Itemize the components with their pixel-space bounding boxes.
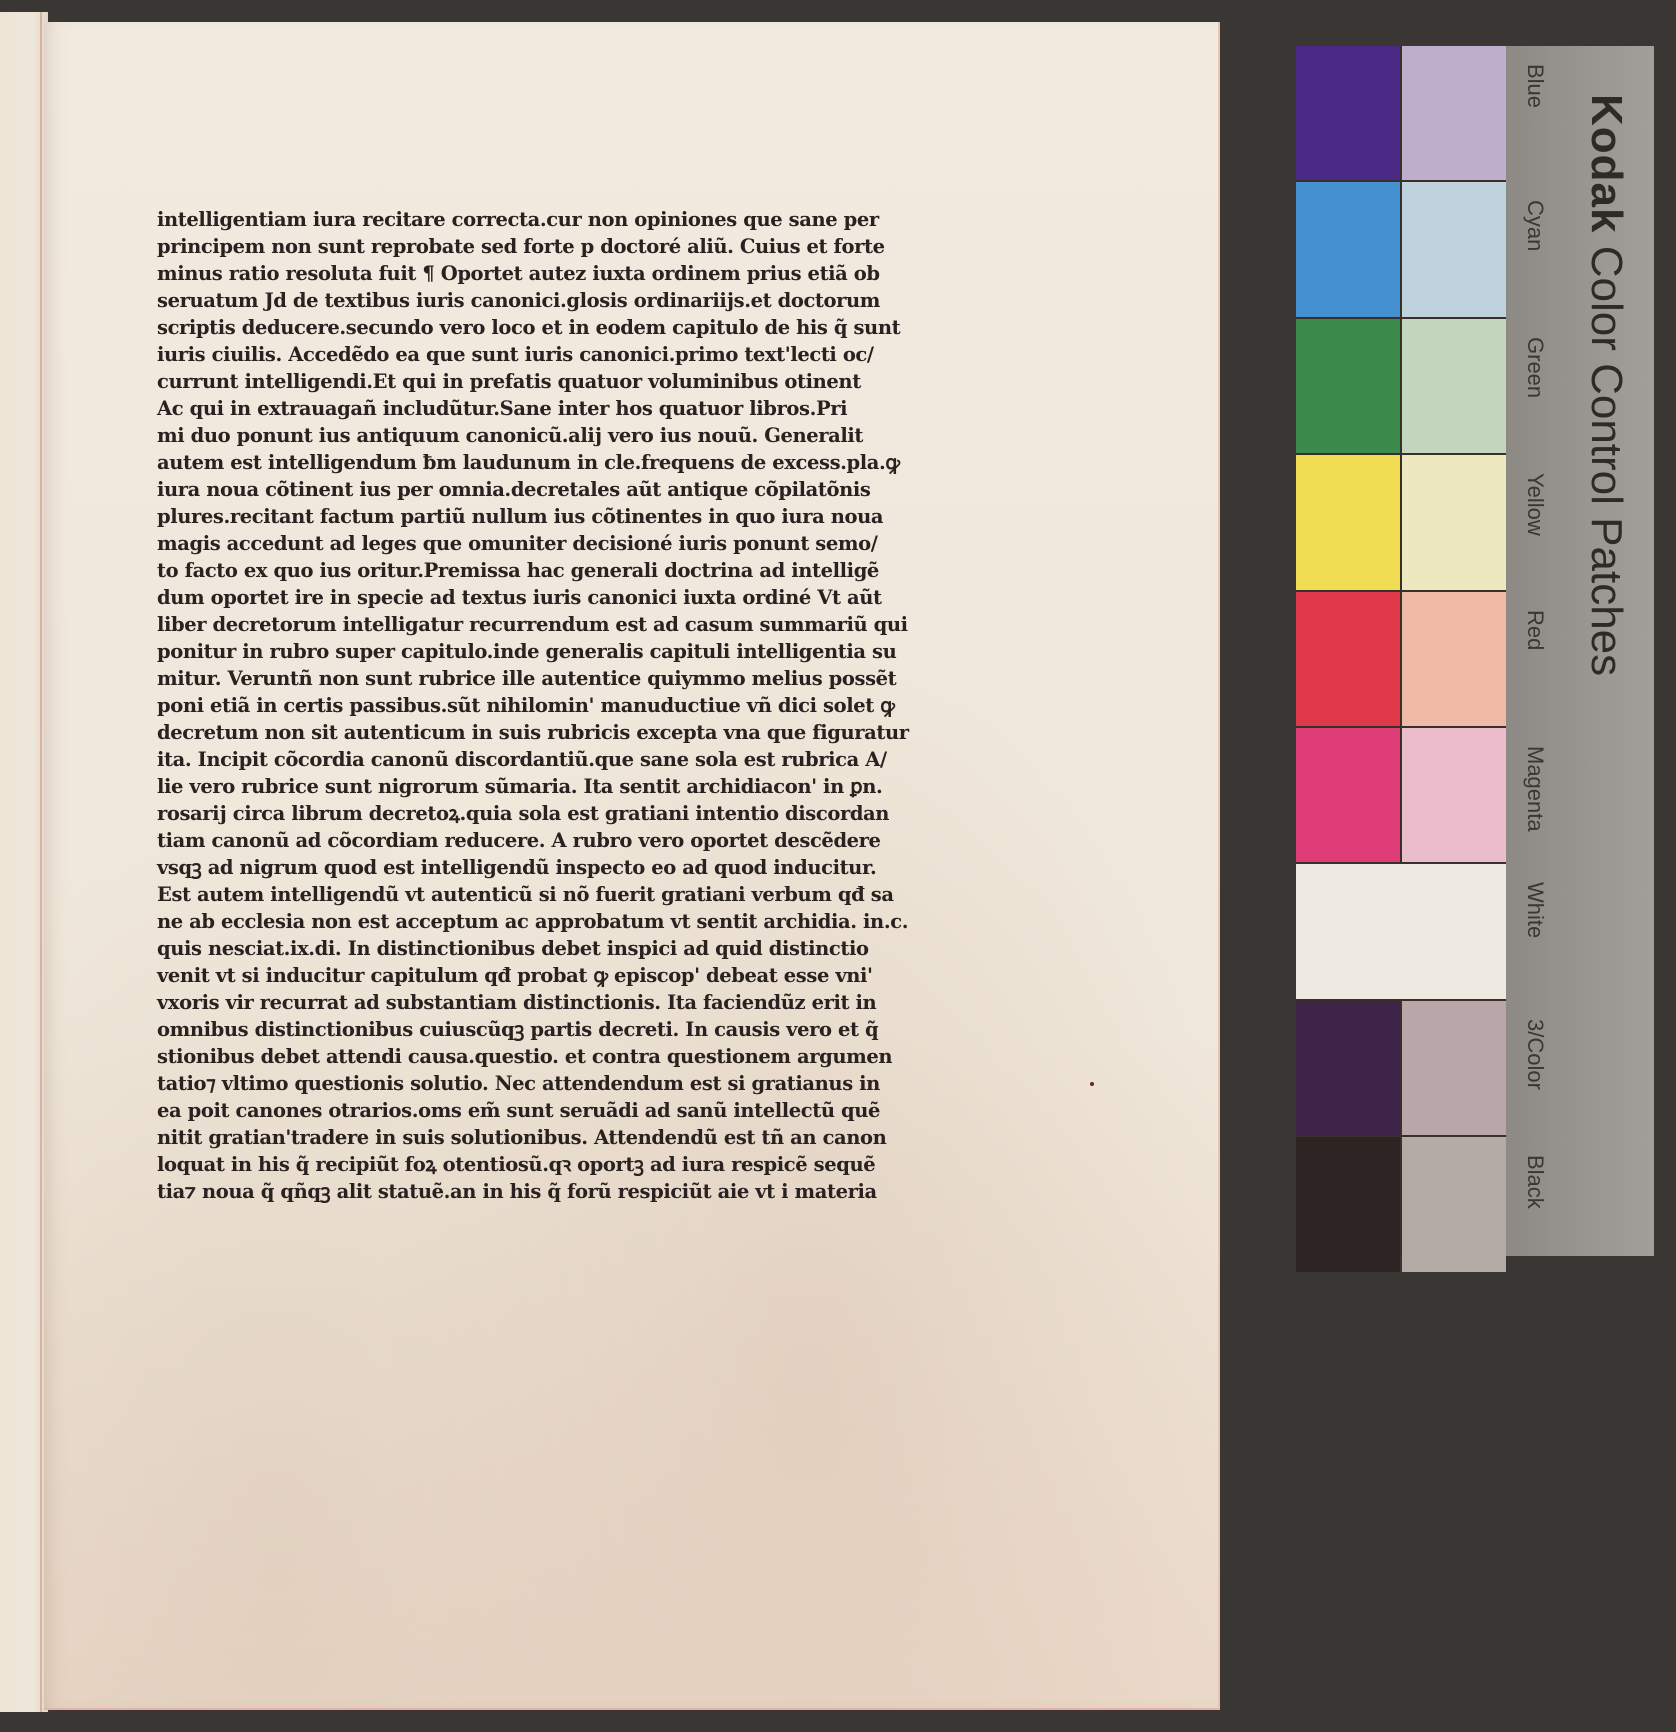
text-line: magis accedunt ad leges que omuniter dec…	[157, 530, 907, 557]
text-line: tia⁊ noua q̃ qñqꝫ alit statuẽ.an in his …	[157, 1178, 907, 1205]
text-line: tiam canonũ ad cõcordiam reducere. A rub…	[157, 827, 907, 854]
text-line: loquat in his q̃ recipiũt foꝝ otentiosũ.…	[157, 1151, 907, 1178]
patch-label: Red	[1522, 610, 1548, 650]
text-line: intelligentiam iura recitare correcta.cu…	[157, 206, 907, 233]
brand-name: Kodak	[1582, 94, 1631, 233]
text-line: to facto ex quo ius oritur.Premissa hac …	[157, 557, 907, 584]
card-subtitle: Color Control Patches	[1582, 246, 1631, 676]
patch-label: Blue	[1522, 64, 1548, 108]
patch-magenta-dark	[1296, 728, 1400, 862]
text-line: dum oportet ire in specie ad textus iuri…	[157, 584, 907, 611]
text-line: minus ratio resoluta fuit ¶ Oportet aute…	[157, 260, 907, 287]
patch-red-light	[1402, 592, 1506, 726]
text-line: ponitur in rubro super capitulo.inde gen…	[157, 638, 907, 665]
text-line: vxoris vir recurrat ad substantiam disti…	[157, 989, 907, 1016]
page-text: intelligentiam iura recitare correcta.cu…	[157, 206, 907, 1205]
text-line: stionibus debet attendi causa.questio. e…	[157, 1043, 907, 1070]
text-line: autem est intelligendum ƀm laudunum in c…	[157, 449, 907, 476]
text-line: ea poit canones otrarios.oms em̃ sunt se…	[157, 1097, 907, 1124]
text-line: seruatum Jd de textibus iuris canonici.g…	[157, 287, 907, 314]
text-line: omnibus distinctionibus cuiuscũqꝫ partis…	[157, 1016, 907, 1043]
text-line: plures.recitant factum partiũ nullum ius…	[157, 503, 907, 530]
patch-label: Green	[1522, 337, 1548, 398]
text-line: currunt intelligendi.Et qui in prefatis …	[157, 368, 907, 395]
text-line: venit vt si inducitur capitulum qđ proba…	[157, 962, 907, 989]
patch-3-color-dark	[1296, 1001, 1400, 1135]
patch-yellow-dark	[1296, 455, 1400, 589]
text-line: Ac qui in extrauagañ includũtur.Sane int…	[157, 395, 907, 422]
text-line: rosarĳ circa librum decretoꝝ.quia sola e…	[157, 800, 907, 827]
patch-yellow-light	[1402, 455, 1506, 589]
label-strip: BlueCyanGreenYellowRedMagentaWhite3/Colo…	[1506, 46, 1654, 1256]
color-patches	[1296, 46, 1506, 1256]
text-line: poni etiã in certis passibus.sũt nihilom…	[157, 692, 907, 719]
text-line: ita. Incipit cõcordia canonũ discordanti…	[157, 746, 907, 773]
gutter	[40, 12, 42, 1712]
text-line: tatio⁊ vltimo questionis solutio. Nec at…	[157, 1070, 907, 1097]
text-line: scriptis deducere.secundo vero loco et i…	[157, 314, 907, 341]
patch-label: Cyan	[1522, 200, 1548, 251]
text-line: decretum non sit autenticum in suis rubr…	[157, 719, 907, 746]
text-line: vsqꝫ ad nigrum quod est intelligendũ ins…	[157, 854, 907, 881]
patch-magenta-light	[1402, 728, 1506, 862]
text-line: liber decretorum intelligatur recurrendu…	[157, 611, 907, 638]
patch-cyan-dark	[1296, 182, 1400, 316]
patch-3-color-light	[1402, 1001, 1506, 1135]
kodak-color-card: BlueCyanGreenYellowRedMagentaWhite3/Colo…	[1296, 46, 1654, 1256]
text-line: principem non sunt reprobate sed forte p…	[157, 233, 907, 260]
text-line: mitur. Veruntñ non sunt rubrice ille aut…	[157, 665, 907, 692]
patch-label: White	[1522, 882, 1548, 938]
text-line: quis nesciat.ix.di. In distinctionibus d…	[157, 935, 907, 962]
patch-blue-light	[1402, 46, 1506, 180]
card-title: Kodak Color Control Patches	[1581, 94, 1631, 676]
paper-speck	[1090, 1082, 1094, 1086]
patch-label: Black	[1522, 1155, 1548, 1209]
text-line: iuris ciuilis. Accedẽdo ea que sunt iuri…	[157, 341, 907, 368]
patch-black-light	[1402, 1137, 1506, 1271]
patch-label: Yellow	[1522, 473, 1548, 536]
text-line: ne ab ecclesia non est acceptum ac appro…	[157, 908, 907, 935]
patch-red-dark	[1296, 592, 1400, 726]
patch-black-dark	[1296, 1137, 1400, 1271]
text-line: lie vero rubrice sunt nigrorum sũmaria. …	[157, 773, 907, 800]
patch-cyan-light	[1402, 182, 1506, 316]
patch-label: 3/Color	[1522, 1019, 1548, 1090]
patch-white	[1296, 864, 1506, 998]
text-line: nitit gratian'tradere in suis solutionib…	[157, 1124, 907, 1151]
text-line: Est autem intelligendũ vt autenticũ si n…	[157, 881, 907, 908]
patch-green-light	[1402, 319, 1506, 453]
text-line: iura noua cõtinent ius per omnia.decreta…	[157, 476, 907, 503]
text-line: mi duo ponunt ius antiquum canonicũ.alĳ …	[157, 422, 907, 449]
patch-green-dark	[1296, 319, 1400, 453]
patch-label: Magenta	[1522, 746, 1548, 832]
patch-blue-dark	[1296, 46, 1400, 180]
